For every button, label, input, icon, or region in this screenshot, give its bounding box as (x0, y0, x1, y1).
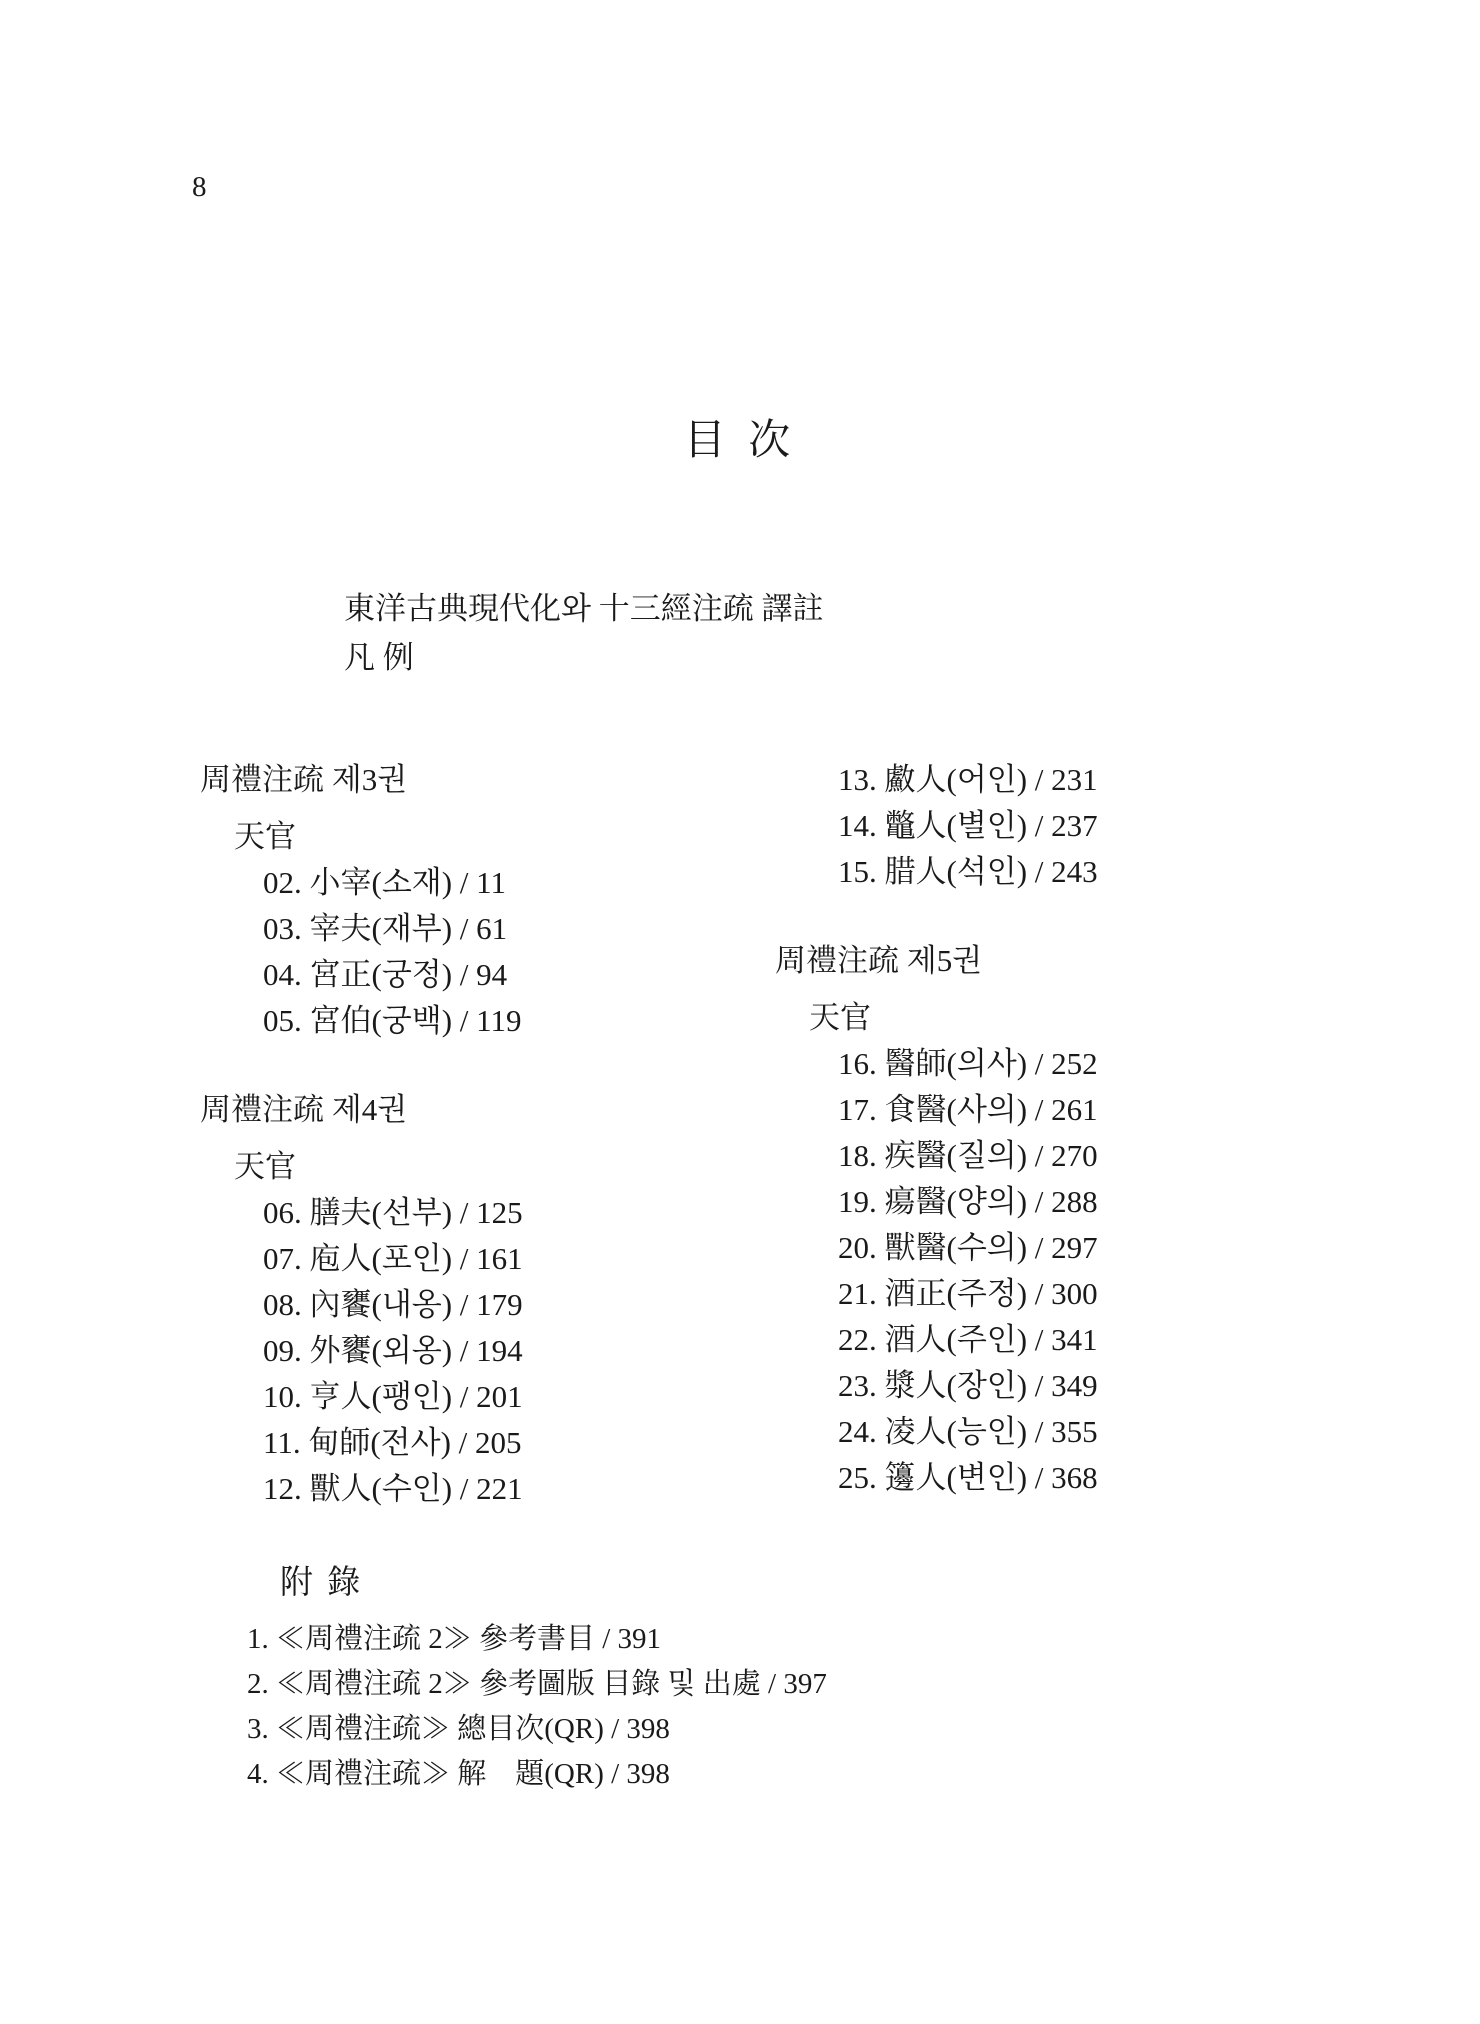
page-title: 目 次 (0, 416, 1480, 466)
toc-entry: 24. 凌人(능인) / 355 (775, 1409, 1375, 1455)
toc-entry: 02. 小宰(소재) / 11 (200, 860, 800, 906)
toc-column-left: 周禮注疏 제3권天官02. 小宰(소재) / 1103. 宰夫(재부) / 61… (200, 757, 800, 1512)
appendix-item: 2. ≪周禮注疏 2≫ 參考圖版 目錄 및 出處 / 397 (247, 1662, 827, 1707)
toc-entry: 04. 宮正(궁정) / 94 (200, 952, 800, 998)
toc-division-heading: 天官 (775, 995, 1375, 1041)
appendix-item: 4. ≪周禮注疏≫ 解 題(QR) / 398 (247, 1752, 827, 1797)
toc-volume-heading: 周禮注疏 제4권 (200, 1087, 800, 1133)
toc-entry: 15. 腊人(석인) / 243 (775, 849, 1375, 895)
page-number: 8 (192, 170, 207, 204)
toc-entry: 05. 宮伯(궁백) / 119 (200, 998, 800, 1044)
book-toc-page: 8 目 次 東洋古典現代化와 十三經注疏 譯註 凡 例 周禮注疏 제3권天官02… (0, 0, 1480, 2024)
toc-entry: 07. 庖人(포인) / 161 (200, 1236, 800, 1282)
toc-entry: 19. 瘍醫(양의) / 288 (775, 1179, 1375, 1225)
toc-entry: 16. 醫師(의사) / 252 (775, 1041, 1375, 1087)
toc-entry: 11. 甸師(전사) / 205 (200, 1420, 800, 1466)
toc-column-right: 13. 䱷人(어인) / 23114. 鼈人(별인) / 23715. 腊人(석… (775, 757, 1375, 1501)
toc-entry: 23. 漿人(장인) / 349 (775, 1363, 1375, 1409)
toc-entry: 22. 酒人(주인) / 341 (775, 1317, 1375, 1363)
appendix-heading: 附 錄 (247, 1560, 827, 1606)
toc-entry: 18. 疾醫(질의) / 270 (775, 1133, 1375, 1179)
toc-entry: 13. 䱷人(어인) / 231 (775, 757, 1375, 803)
toc-entry: 06. 膳夫(선부) / 125 (200, 1190, 800, 1236)
toc-entry: 14. 鼈人(별인) / 237 (775, 803, 1375, 849)
toc-entry: 09. 外饔(외옹) / 194 (200, 1328, 800, 1374)
series-title-line: 東洋古典現代化와 十三經注疏 譯註 (344, 584, 823, 633)
appendix-section: 附 錄 1. ≪周禮注疏 2≫ 參考書目 / 3912. ≪周禮注疏 2≫ 參考… (247, 1560, 827, 1797)
toc-entry: 21. 酒正(주정) / 300 (775, 1271, 1375, 1317)
toc-entry: 12. 獸人(수인) / 221 (200, 1466, 800, 1512)
toc-entry: 03. 宰夫(재부) / 61 (200, 906, 800, 952)
toc-division-heading: 天官 (200, 814, 800, 860)
preface-block: 東洋古典現代化와 十三經注疏 譯註 凡 例 (344, 584, 823, 682)
appendix-item: 3. ≪周禮注疏≫ 總目次(QR) / 398 (247, 1707, 827, 1752)
toc-volume-heading: 周禮注疏 제5권 (775, 938, 1375, 984)
toc-entry: 17. 食醫(사의) / 261 (775, 1087, 1375, 1133)
toc-volume-heading: 周禮注疏 제3권 (200, 757, 800, 803)
general-notes-line: 凡 例 (344, 633, 823, 682)
toc-entry: 25. 籩人(변인) / 368 (775, 1455, 1375, 1501)
appendix-item: 1. ≪周禮注疏 2≫ 參考書目 / 391 (247, 1617, 827, 1662)
toc-division-heading: 天官 (200, 1144, 800, 1190)
toc-entry: 20. 獸醫(수의) / 297 (775, 1225, 1375, 1271)
toc-entry: 08. 內饔(내옹) / 179 (200, 1282, 800, 1328)
toc-entry: 10. 亨人(팽인) / 201 (200, 1374, 800, 1420)
appendix-items: 1. ≪周禮注疏 2≫ 參考書目 / 3912. ≪周禮注疏 2≫ 參考圖版 目… (247, 1617, 827, 1797)
